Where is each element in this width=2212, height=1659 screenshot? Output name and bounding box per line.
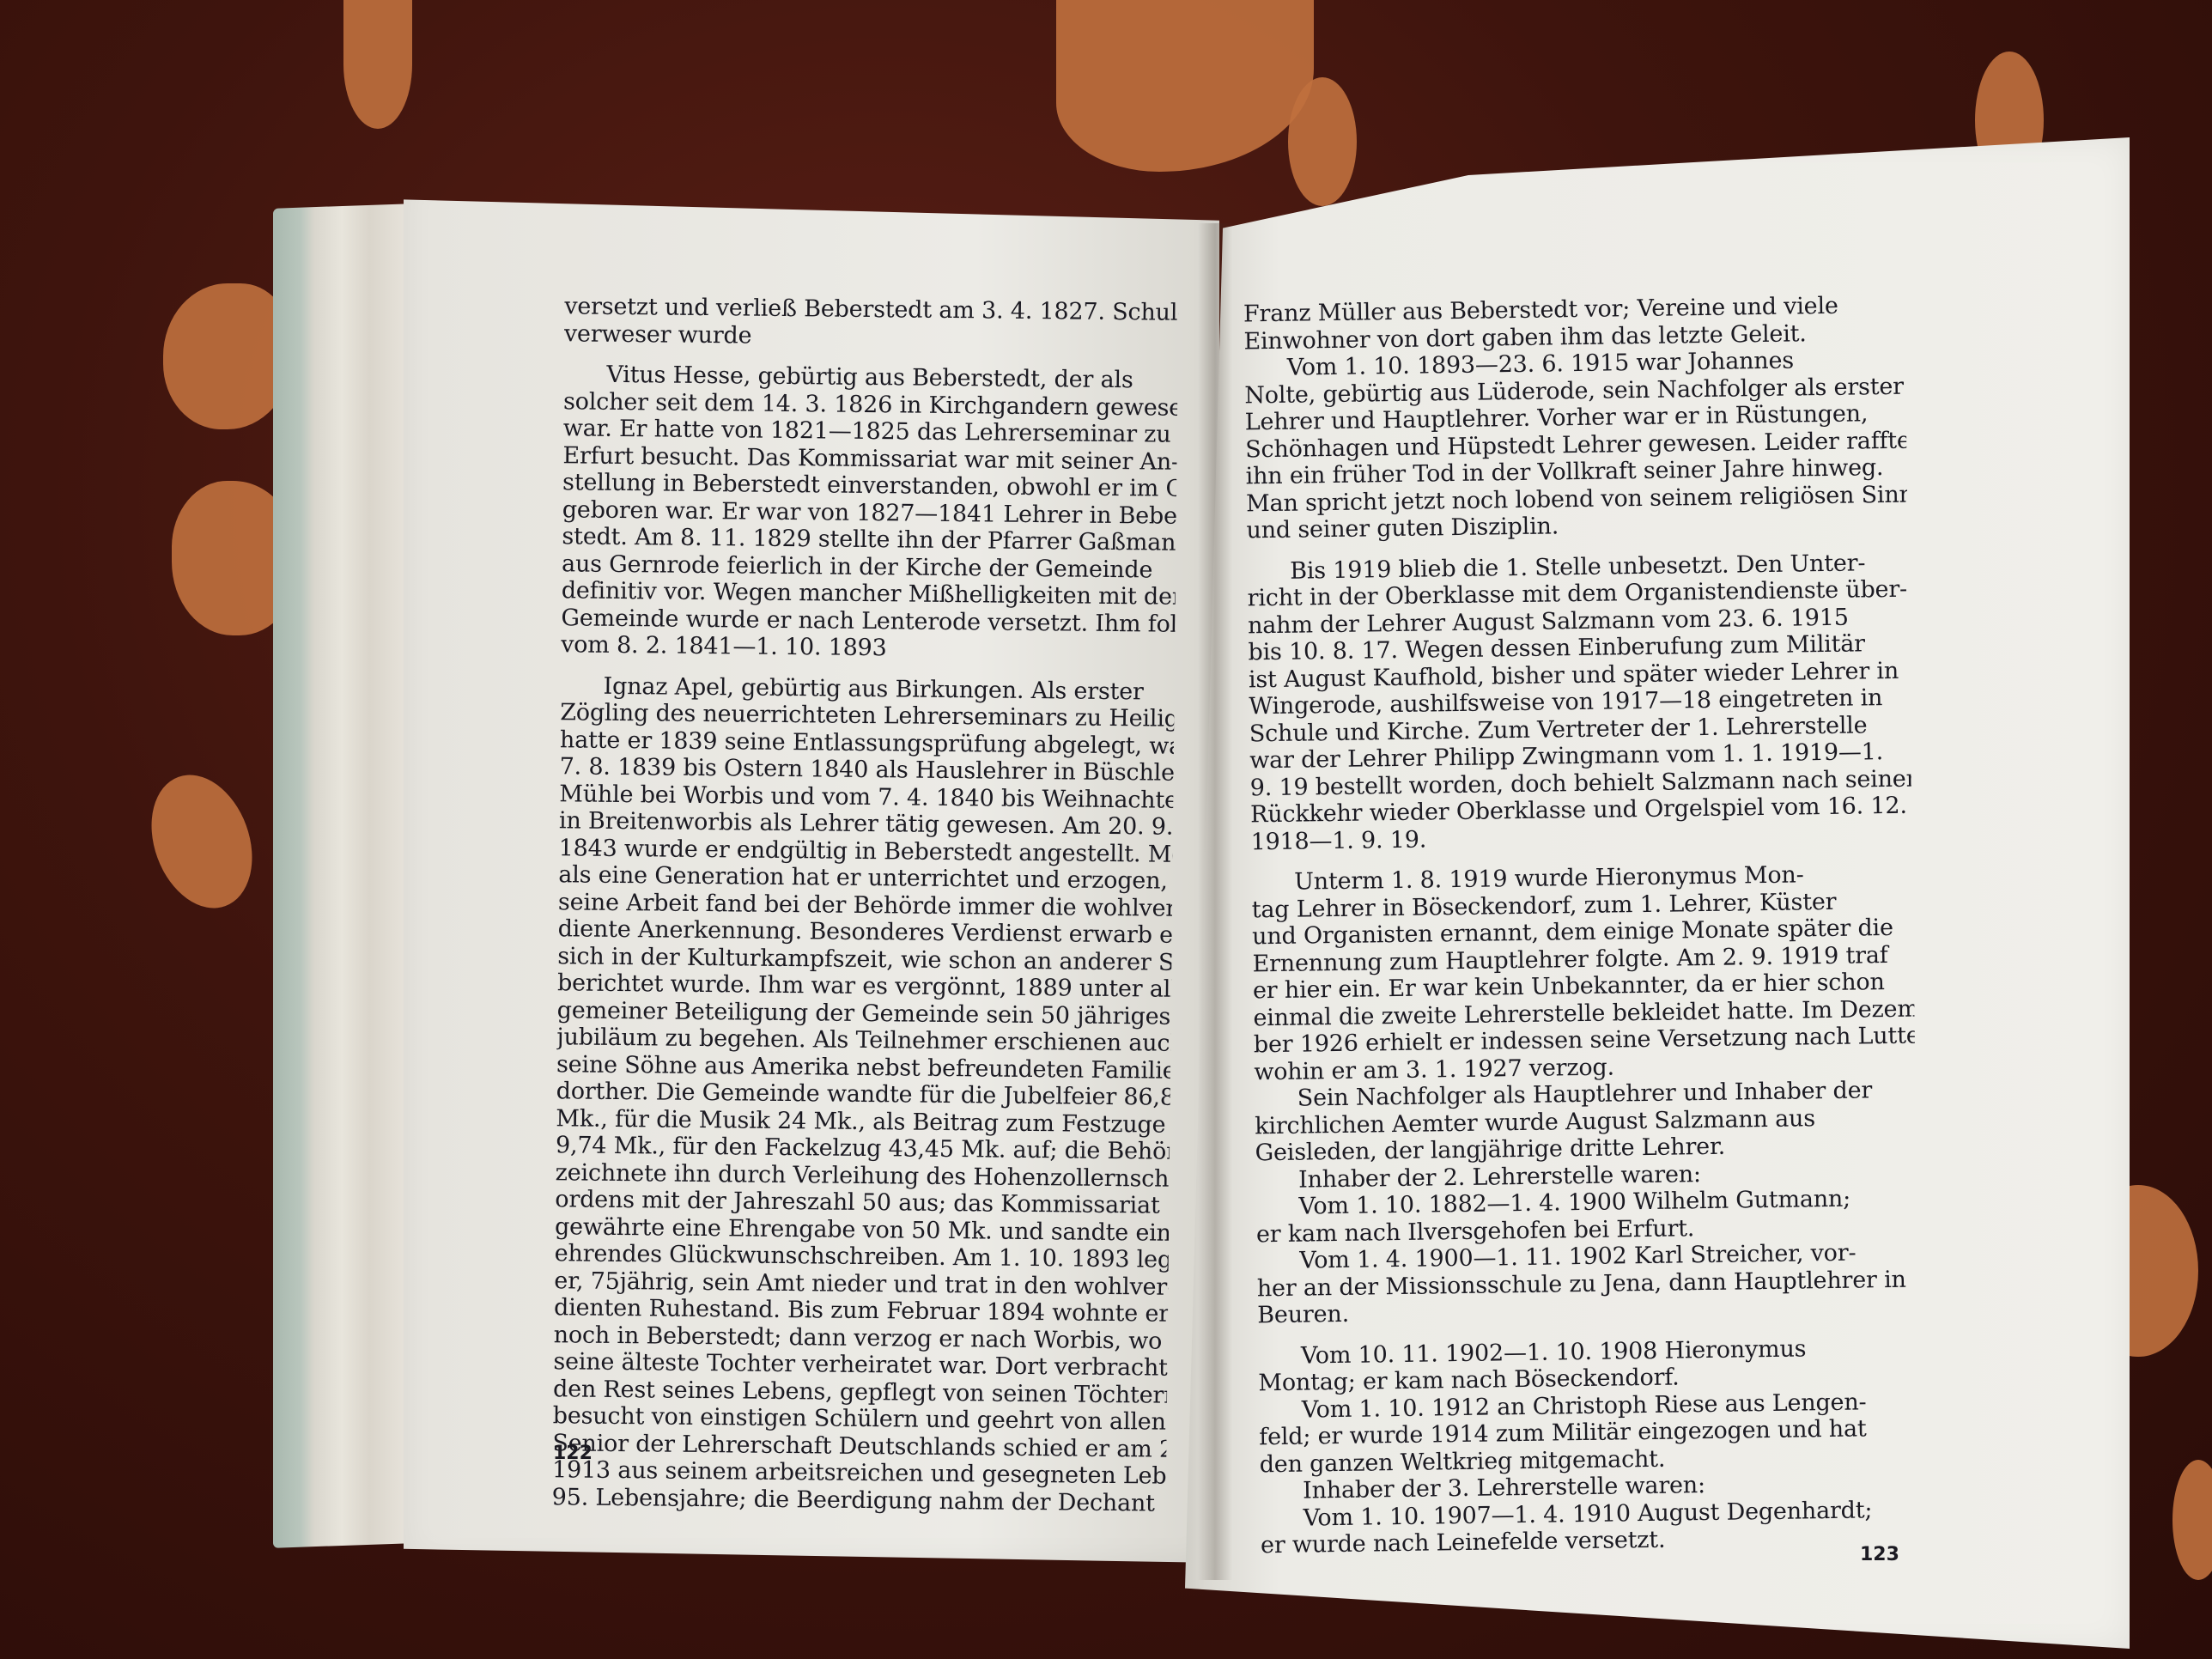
right-page-text: Franz Müller aus Beberstedt vor; Vereine… <box>1243 292 1922 1559</box>
wood-inlay <box>2172 1460 2212 1580</box>
book-page-edges-left <box>273 204 410 1548</box>
wood-inlay <box>134 761 270 922</box>
page-number-left: 122 <box>553 1443 592 1464</box>
page-number-right: 123 <box>1860 1544 1899 1565</box>
left-page-text: versetzt und verließ Beberstedt am 3. 4.… <box>552 293 1179 1516</box>
wood-inlay <box>1288 77 1357 206</box>
book-gutter <box>1198 223 1232 1580</box>
wood-inlay <box>343 0 412 129</box>
wood-inlay <box>1056 0 1314 172</box>
